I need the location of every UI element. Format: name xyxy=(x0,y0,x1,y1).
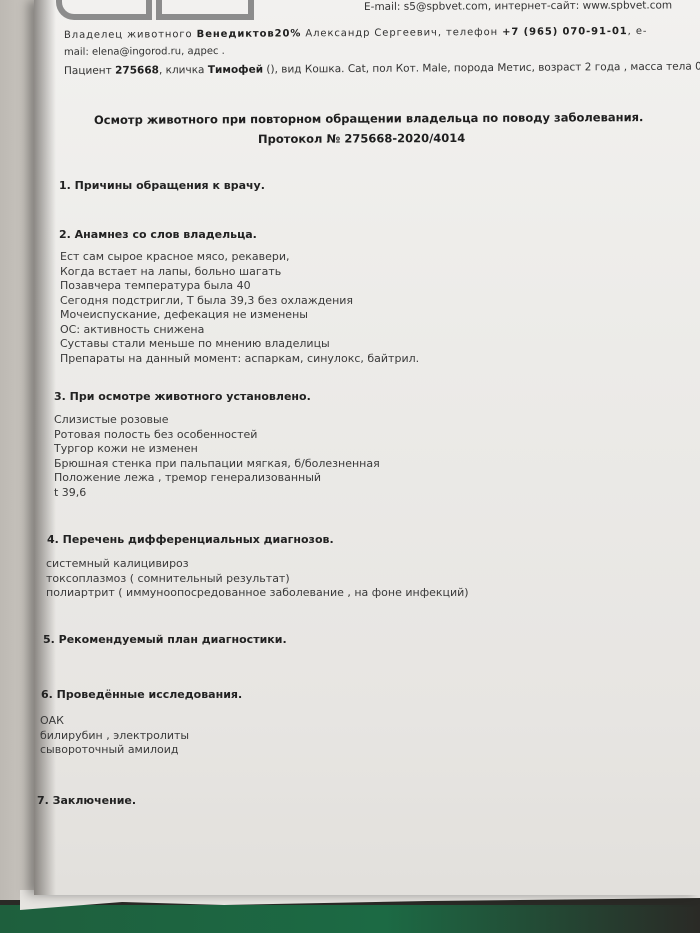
list-item: Препараты на данный момент: аспаркам, си… xyxy=(60,352,419,367)
owner-name: Александр Сергеевич, xyxy=(305,27,442,39)
owner-phone: +7 (965) 070-91-01 xyxy=(502,26,628,38)
patient-details: (), вид Кошка. Cat, пол Кот. Male, пород… xyxy=(263,61,700,76)
anamnesis-list: Ест сам сырое красное мясо, рекавери, Ко… xyxy=(60,250,419,366)
patient-label: Пациент xyxy=(64,65,112,77)
desk-surface xyxy=(0,905,700,933)
list-item: системный калицивироз xyxy=(46,557,469,572)
section-heading-differential-diagnoses: 4. Перечень дифференциальных диагнозов. xyxy=(47,533,334,547)
section-heading-studies: 6. Проведённые исследования. xyxy=(41,688,242,702)
owner-phone-label: телефон xyxy=(446,27,498,38)
list-item: Мочеиспускание, дефекация не изменены xyxy=(60,308,419,323)
list-item: Положение лежа , тремор генерализованный xyxy=(54,471,380,486)
section-heading-reasons: 1. Причины обращения к врачу. xyxy=(59,179,265,193)
list-item: билирубин , электролиты xyxy=(40,729,189,744)
owner-email-line: mail: elena@ingorod.ru, адрес . xyxy=(64,45,225,60)
list-item: t 39,6 xyxy=(54,486,380,501)
section-heading-conclusion: 7. Заключение. xyxy=(37,794,136,808)
owner-label: Владелец животного xyxy=(64,29,193,41)
section-heading-anamnesis: 2. Анамнез со слов владельца. xyxy=(59,228,257,242)
list-item: Слизистые розовые xyxy=(54,413,380,428)
section-heading-diagnostic-plan: 5. Рекомендуемый план диагностики. xyxy=(43,633,287,647)
list-item: Тургор кожи не изменен xyxy=(54,442,380,457)
list-item: Сегодня подстригли, Т была 39,3 без охла… xyxy=(60,294,419,309)
header-contact-line: E-mail: s5@spbvet.com, интернет-сайт: ww… xyxy=(364,0,672,14)
studies-list: ОАК билирубин , электролиты сывороточный… xyxy=(40,714,189,758)
list-item: ОС: активность снижена xyxy=(60,323,419,338)
list-item: Позавчера температура была 40 xyxy=(60,279,419,294)
differential-diagnoses-list: системный калицивироз токсоплазмоз ( сом… xyxy=(46,557,469,601)
list-item: Суставы стали меньше по мнению владелицы xyxy=(60,337,419,352)
list-item: полиартрит ( иммуноопосредованное заболе… xyxy=(46,586,469,601)
document-page: E-mail: s5@spbvet.com, интернет-сайт: ww… xyxy=(34,0,700,895)
document-title: Осмотр животного при повторном обращении… xyxy=(94,110,643,127)
patient-nickname: Тимофей xyxy=(208,64,263,76)
clinic-logo-fragment-left xyxy=(56,0,152,20)
owner-info-line: Владелец животного Венедиктов20% Алексан… xyxy=(64,25,647,43)
examination-list: Слизистые розовые Ротовая полость без ос… xyxy=(54,413,380,500)
owner-surname: Венедиктов20% xyxy=(197,28,302,40)
list-item: ОАК xyxy=(40,714,189,729)
owner-email-prefix: , e- xyxy=(628,26,648,37)
list-item: Ротовая полость без особенностей xyxy=(54,428,380,443)
patient-nickname-label: , кличка xyxy=(159,64,205,76)
list-item: Когда встает на лапы, больно шагать xyxy=(60,265,419,280)
list-item: сывороточный амилоид xyxy=(40,743,189,758)
protocol-number: Протокол № 275668-2020/4014 xyxy=(258,131,465,146)
list-item: Брюшная стенка при пальпации мягкая, б/б… xyxy=(54,457,380,472)
clinic-logo-fragment-right xyxy=(156,0,254,20)
list-item: токсоплазмоз ( сомнительный результат) xyxy=(46,572,469,587)
patient-id: 275668 xyxy=(115,64,159,76)
patient-info-line: Пациент 275668, кличка Тимофей (), вид К… xyxy=(64,60,700,78)
list-item: Ест сам сырое красное мясо, рекавери, xyxy=(60,250,419,265)
section-heading-examination: 3. При осмотре животного установлено. xyxy=(54,390,311,404)
